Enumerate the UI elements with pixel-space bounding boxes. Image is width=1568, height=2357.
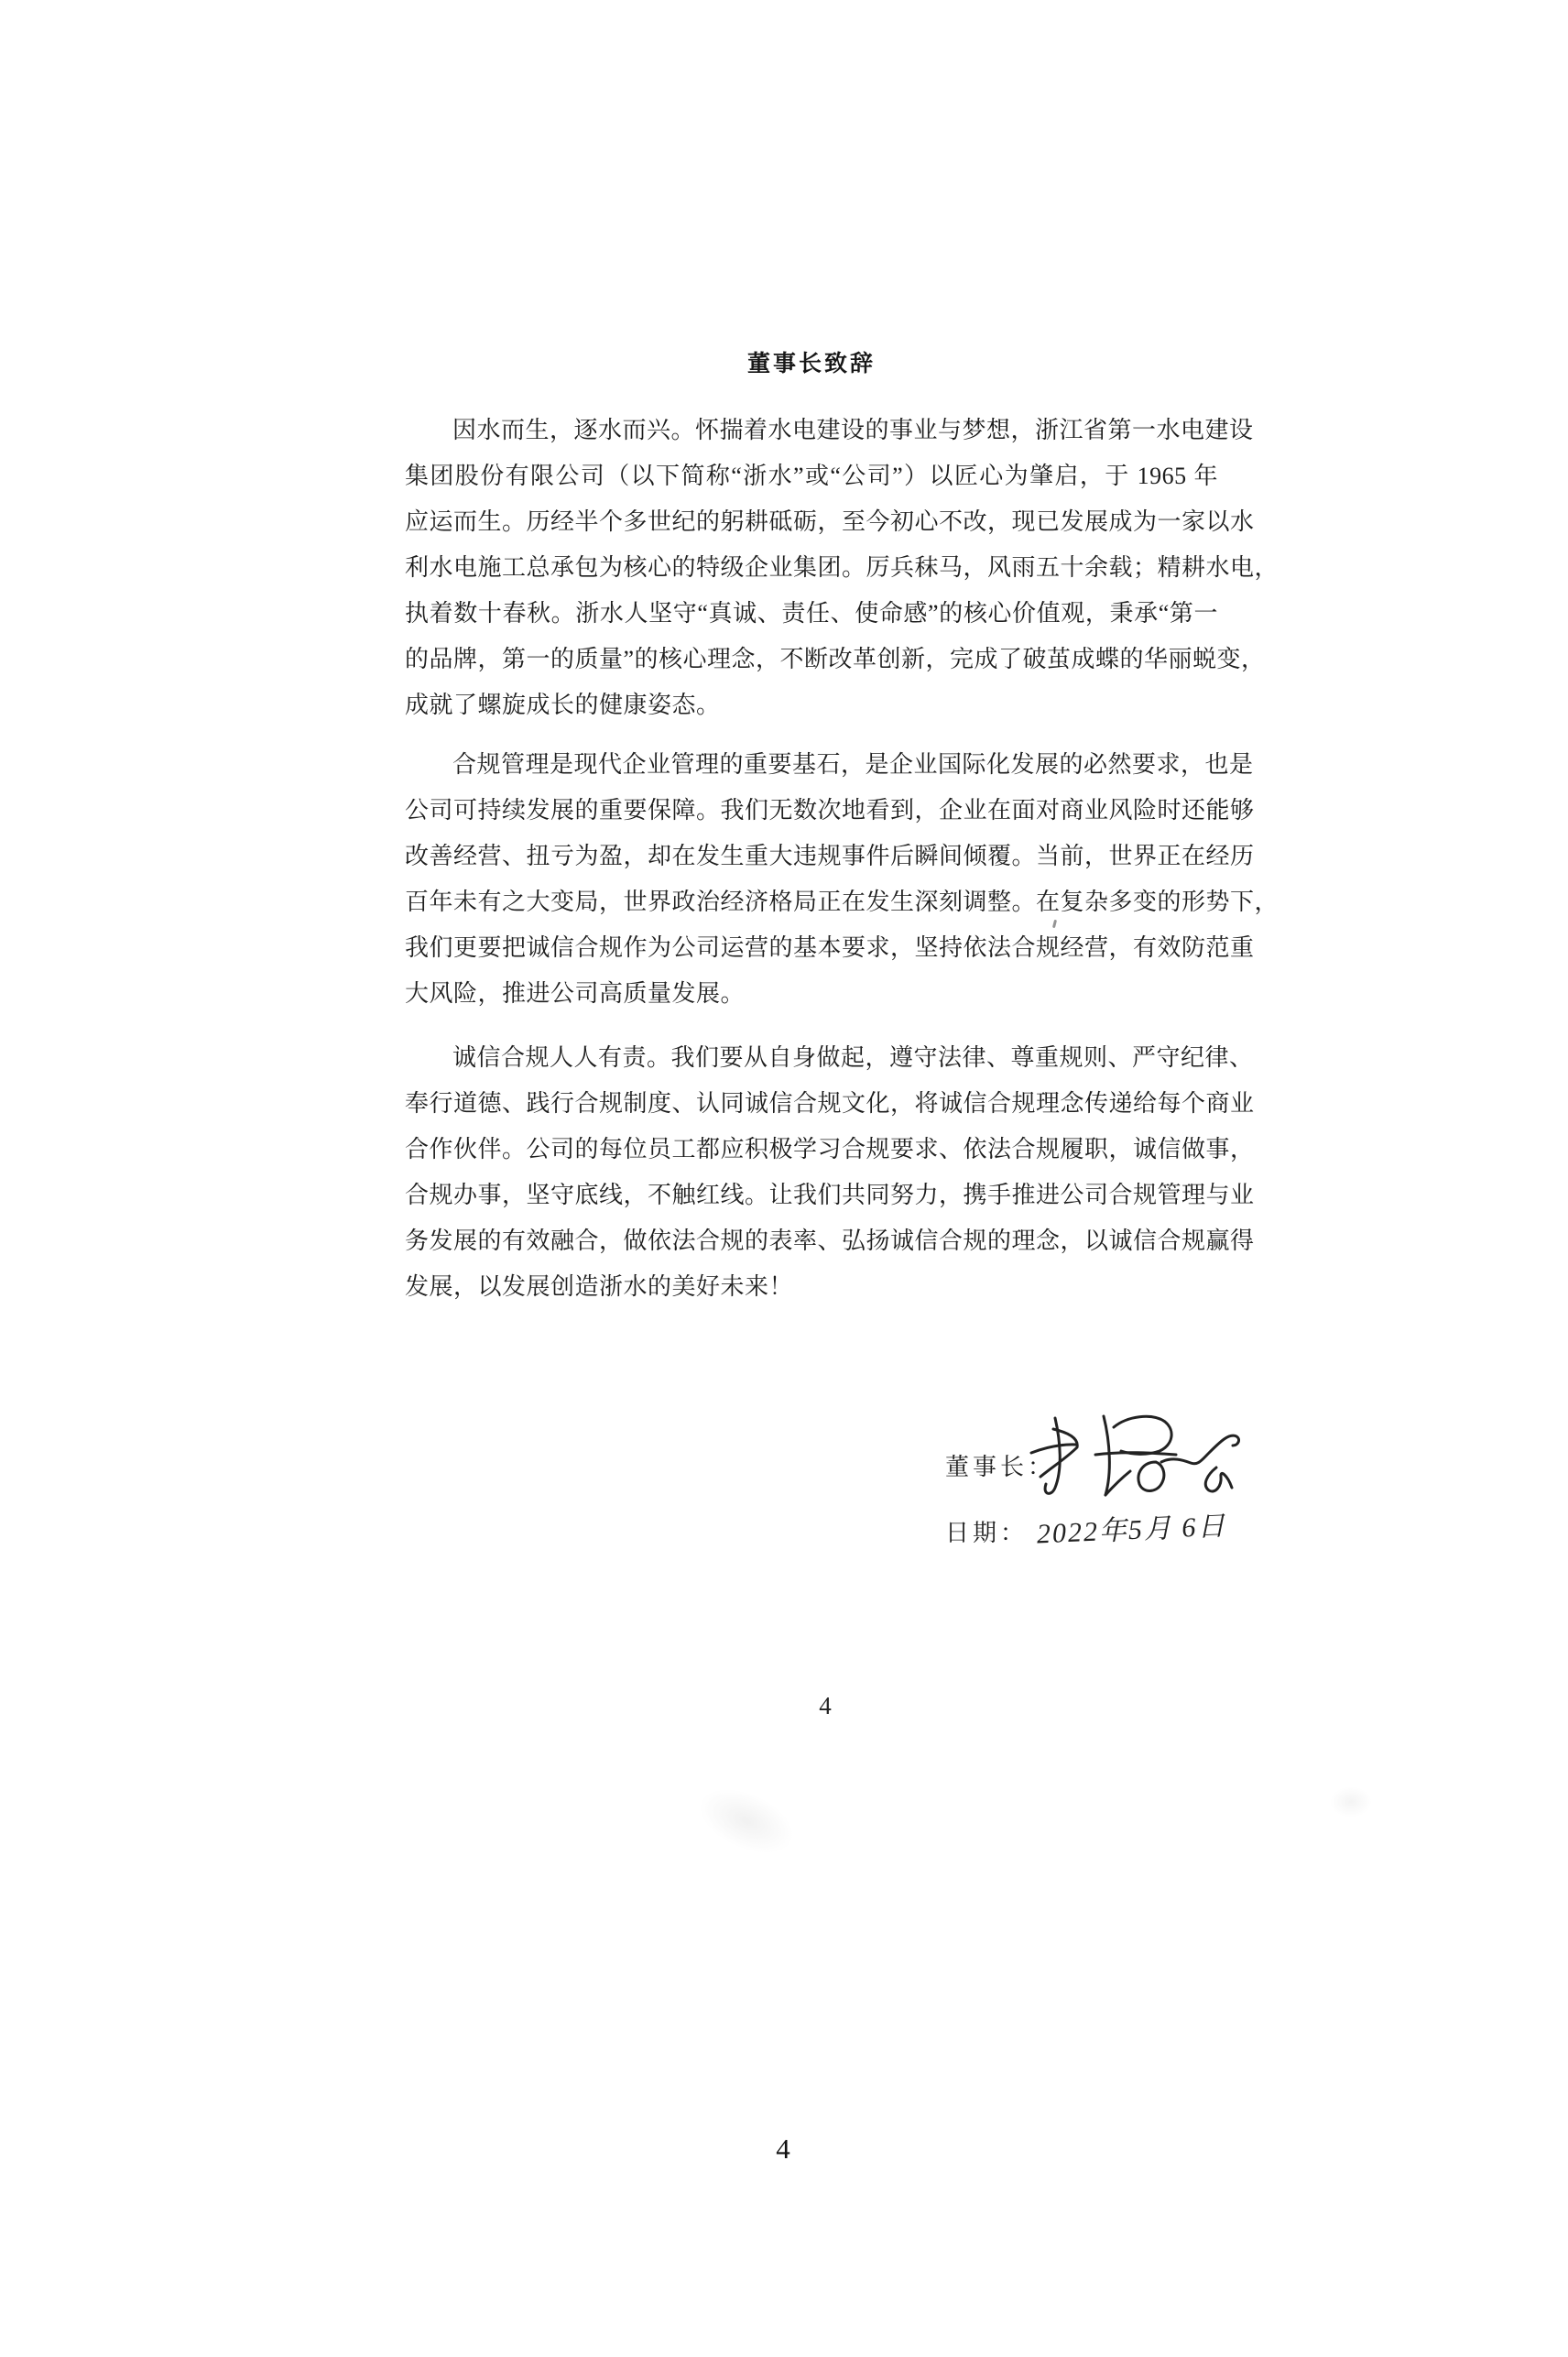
text-line: 我们更要把诚信合规作为公司运营的基本要求，坚持依法合规经营，有效防范重 [405,925,1218,971]
text-line: 成就了螺旋成长的健康姿态。 [405,682,1218,728]
paragraph: 诚信合规人人有责。我们要从自身做起，遵守法律、尊重规则、严守纪律、奉行道德、践行… [405,1035,1218,1310]
text-line: 百年未有之大变局，世界政治经济格局正在发生深刻调整。在复杂多变的形势下， [405,879,1218,925]
inline-page-number: 4 [811,1691,839,1720]
paragraph: 合规管理是现代企业管理的重要基石，是企业国际化发展的必然要求，也是公司可持续发展… [405,742,1218,1017]
handwritten-date: 2022年5月 6日 [1036,1504,1227,1558]
text-line: 因水而生，逐水而兴。怀揣着水电建设的事业与梦想，浙江省第一水电建设 [405,408,1218,453]
scan-smudge [690,1775,804,1867]
paragraph: 因水而生，逐水而兴。怀揣着水电建设的事业与梦想，浙江省第一水电建设集团股份有限公… [405,408,1218,728]
text-line: 的品牌，第一的质量”的核心理念，不断改革创新，完成了破茧成蝶的华丽蜕变， [405,637,1218,682]
text-line: 合规管理是现代企业管理的重要基石，是企业国际化发展的必然要求，也是 [405,742,1218,788]
scan-smudge [1330,1786,1372,1817]
text-line: 大风险，推进公司高质量发展。 [405,971,1218,1017]
handwritten-signature-icon [1018,1398,1261,1512]
text-line: 利水电施工总承包为核心的特级企业集团。厉兵秣马，风雨五十余载；精耕水电， [405,545,1218,591]
scanned-document-page: 董事长致辞 因水而生，逐水而兴。怀揣着水电建设的事业与梦想，浙江省第一水电建设集… [0,0,1568,2357]
text-line: 改善经营、扭亏为盈，却在发生重大违规事件后瞬间倾覆。当前，世界正在经历 [405,834,1218,879]
text-line: 奉行道德、践行合规制度、认同诚信合规文化，将诚信合规理念传递给每个商业 [405,1081,1218,1127]
page-title: 董事长致辞 [405,346,1218,383]
text-line: 合作伙伴。公司的每位员工都应积极学习合规要求、依法合规履职，诚信做事， [405,1127,1218,1173]
date-label: 日期： [945,1520,1028,1546]
text-line: 集团股份有限公司（以下简称“浙水”或“公司”）以匠心为肇启，于 1965 年 [405,453,1218,499]
text-line: 应运而生。历经半个多世纪的躬耕砥砺，至今初心不改，现已发展成为一家以水 [405,499,1218,545]
text-line: 诚信合规人人有责。我们要从自身做起，遵守法律、尊重规则、严守纪律、 [405,1035,1218,1081]
footer-page-number: 4 [769,2133,797,2166]
text-line: 合规办事，坚守底线，不触红线。让我们共同努力，携手推进公司合规管理与业 [405,1173,1218,1218]
text-line: 务发展的有效融合，做依法合规的表率、弘扬诚信合规的理念，以诚信合规赢得 [405,1218,1218,1264]
text-line: 执着数十春秋。浙水人坚守“真诚、责任、使命感”的核心价值观，秉承“第一 [405,591,1218,637]
date-row: 日期：2022年5月 6日 [945,1510,1227,1555]
text-line: 公司可持续发展的重要保障。我们无数次地看到，企业在面对商业风险时还能够 [405,788,1218,834]
text-line: 发展，以发展创造浙水的美好未来！ [405,1264,1218,1310]
